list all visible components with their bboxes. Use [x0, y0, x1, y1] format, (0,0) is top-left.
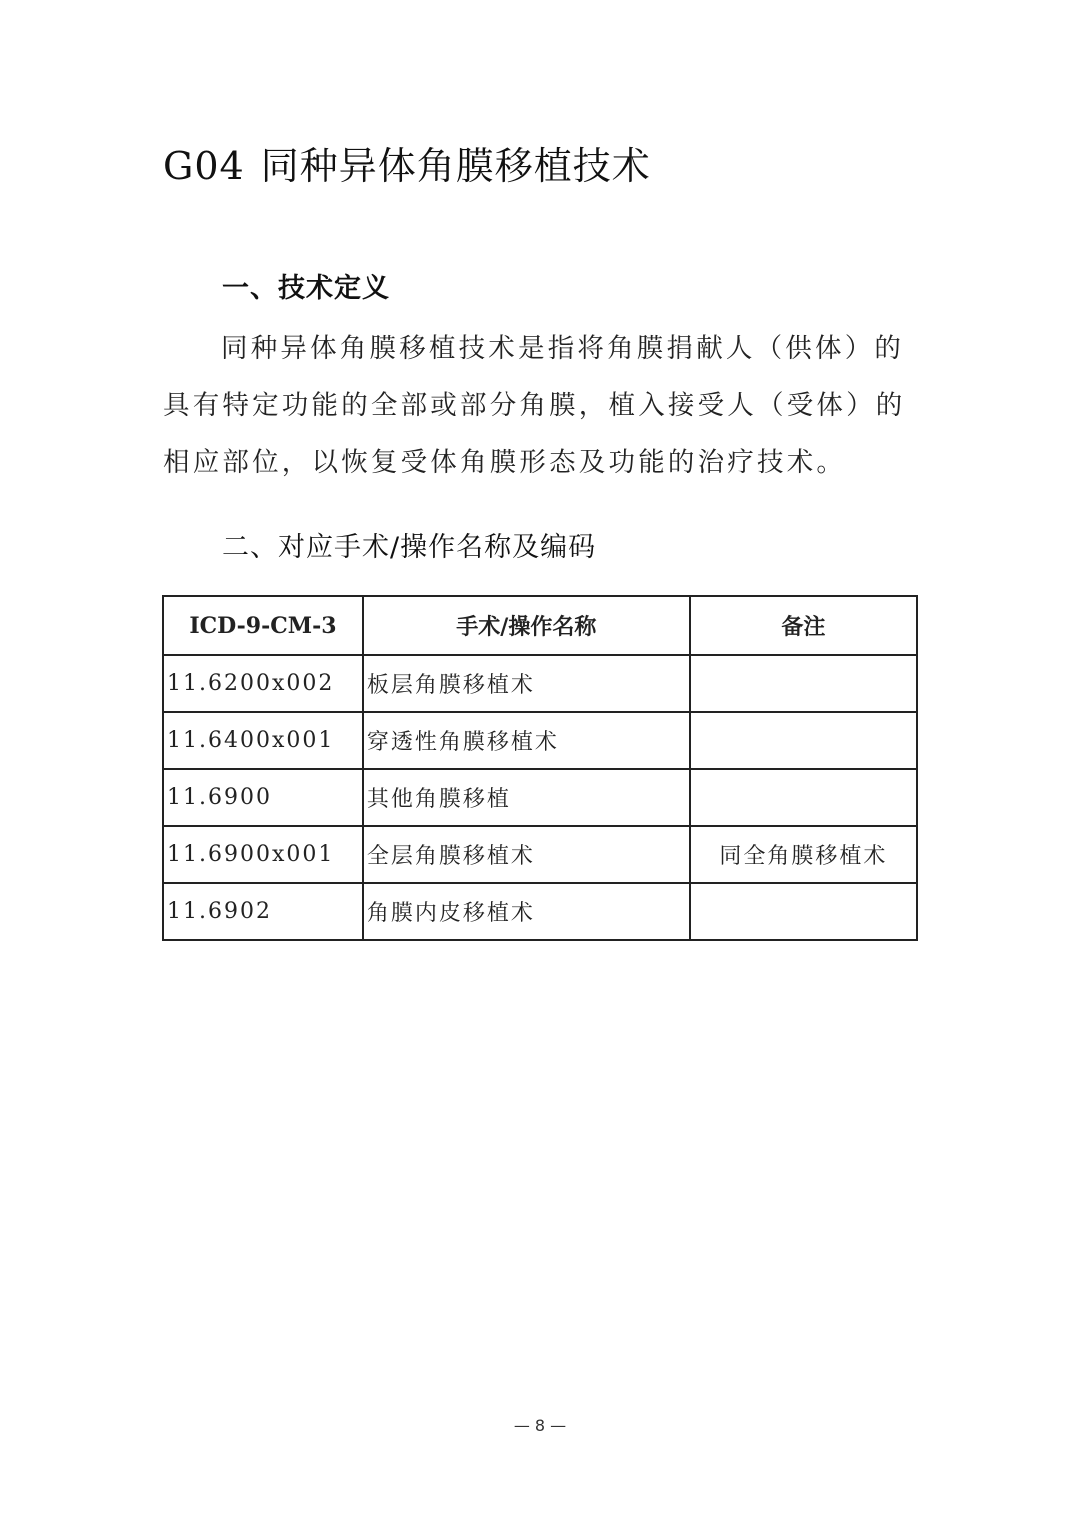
cell-code: 11.6200x002: [163, 655, 363, 712]
header-name: 手术/操作名称: [363, 596, 690, 655]
table-row: 11.6200x002 板层角膜移植术: [163, 655, 917, 712]
cell-note: [690, 769, 917, 826]
cell-code: 11.6900x001: [163, 826, 363, 883]
title-text: 同种异体角膜移植技术: [261, 144, 651, 188]
table-row: 11.6400x001 穿透性角膜移植术: [163, 712, 917, 769]
page-number: — 8 —: [0, 1416, 1080, 1435]
cell-note: [690, 883, 917, 940]
cell-code: 11.6900: [163, 769, 363, 826]
cell-name: 全层角膜移植术: [363, 826, 690, 883]
cell-code: 11.6902: [163, 883, 363, 940]
table-row: 11.6902 角膜内皮移植术: [163, 883, 917, 940]
table-header-row: ICD-9-CM-3 手术/操作名称 备注: [163, 596, 917, 655]
title-code: G04: [163, 144, 245, 188]
cell-name: 角膜内皮移植术: [363, 883, 690, 940]
cell-name: 穿透性角膜移植术: [363, 712, 690, 769]
cell-name: 其他角膜移植: [363, 769, 690, 826]
section-heading-definition: 一、技术定义: [222, 266, 390, 305]
table-row: 11.6900x001 全层角膜移植术 同全角膜移植术: [163, 826, 917, 883]
page-title: G04同种异体角膜移植技术: [163, 135, 651, 190]
cell-note: [690, 712, 917, 769]
procedure-code-table: ICD-9-CM-3 手术/操作名称 备注 11.6200x002 板层角膜移植…: [162, 595, 918, 941]
cell-code: 11.6400x001: [163, 712, 363, 769]
cell-note: 同全角膜移植术: [690, 826, 917, 883]
header-icd: ICD-9-CM-3: [163, 596, 363, 655]
section-heading-procedures: 二、对应手术/操作名称及编码: [222, 525, 596, 564]
table-row: 11.6900 其他角膜移植: [163, 769, 917, 826]
header-note: 备注: [690, 596, 917, 655]
cell-note: [690, 655, 917, 712]
definition-paragraph: 同种异体角膜移植技术是指将角膜捐献人（供体）的具有特定功能的全部或部分角膜，植入…: [163, 320, 923, 491]
cell-name: 板层角膜移植术: [363, 655, 690, 712]
